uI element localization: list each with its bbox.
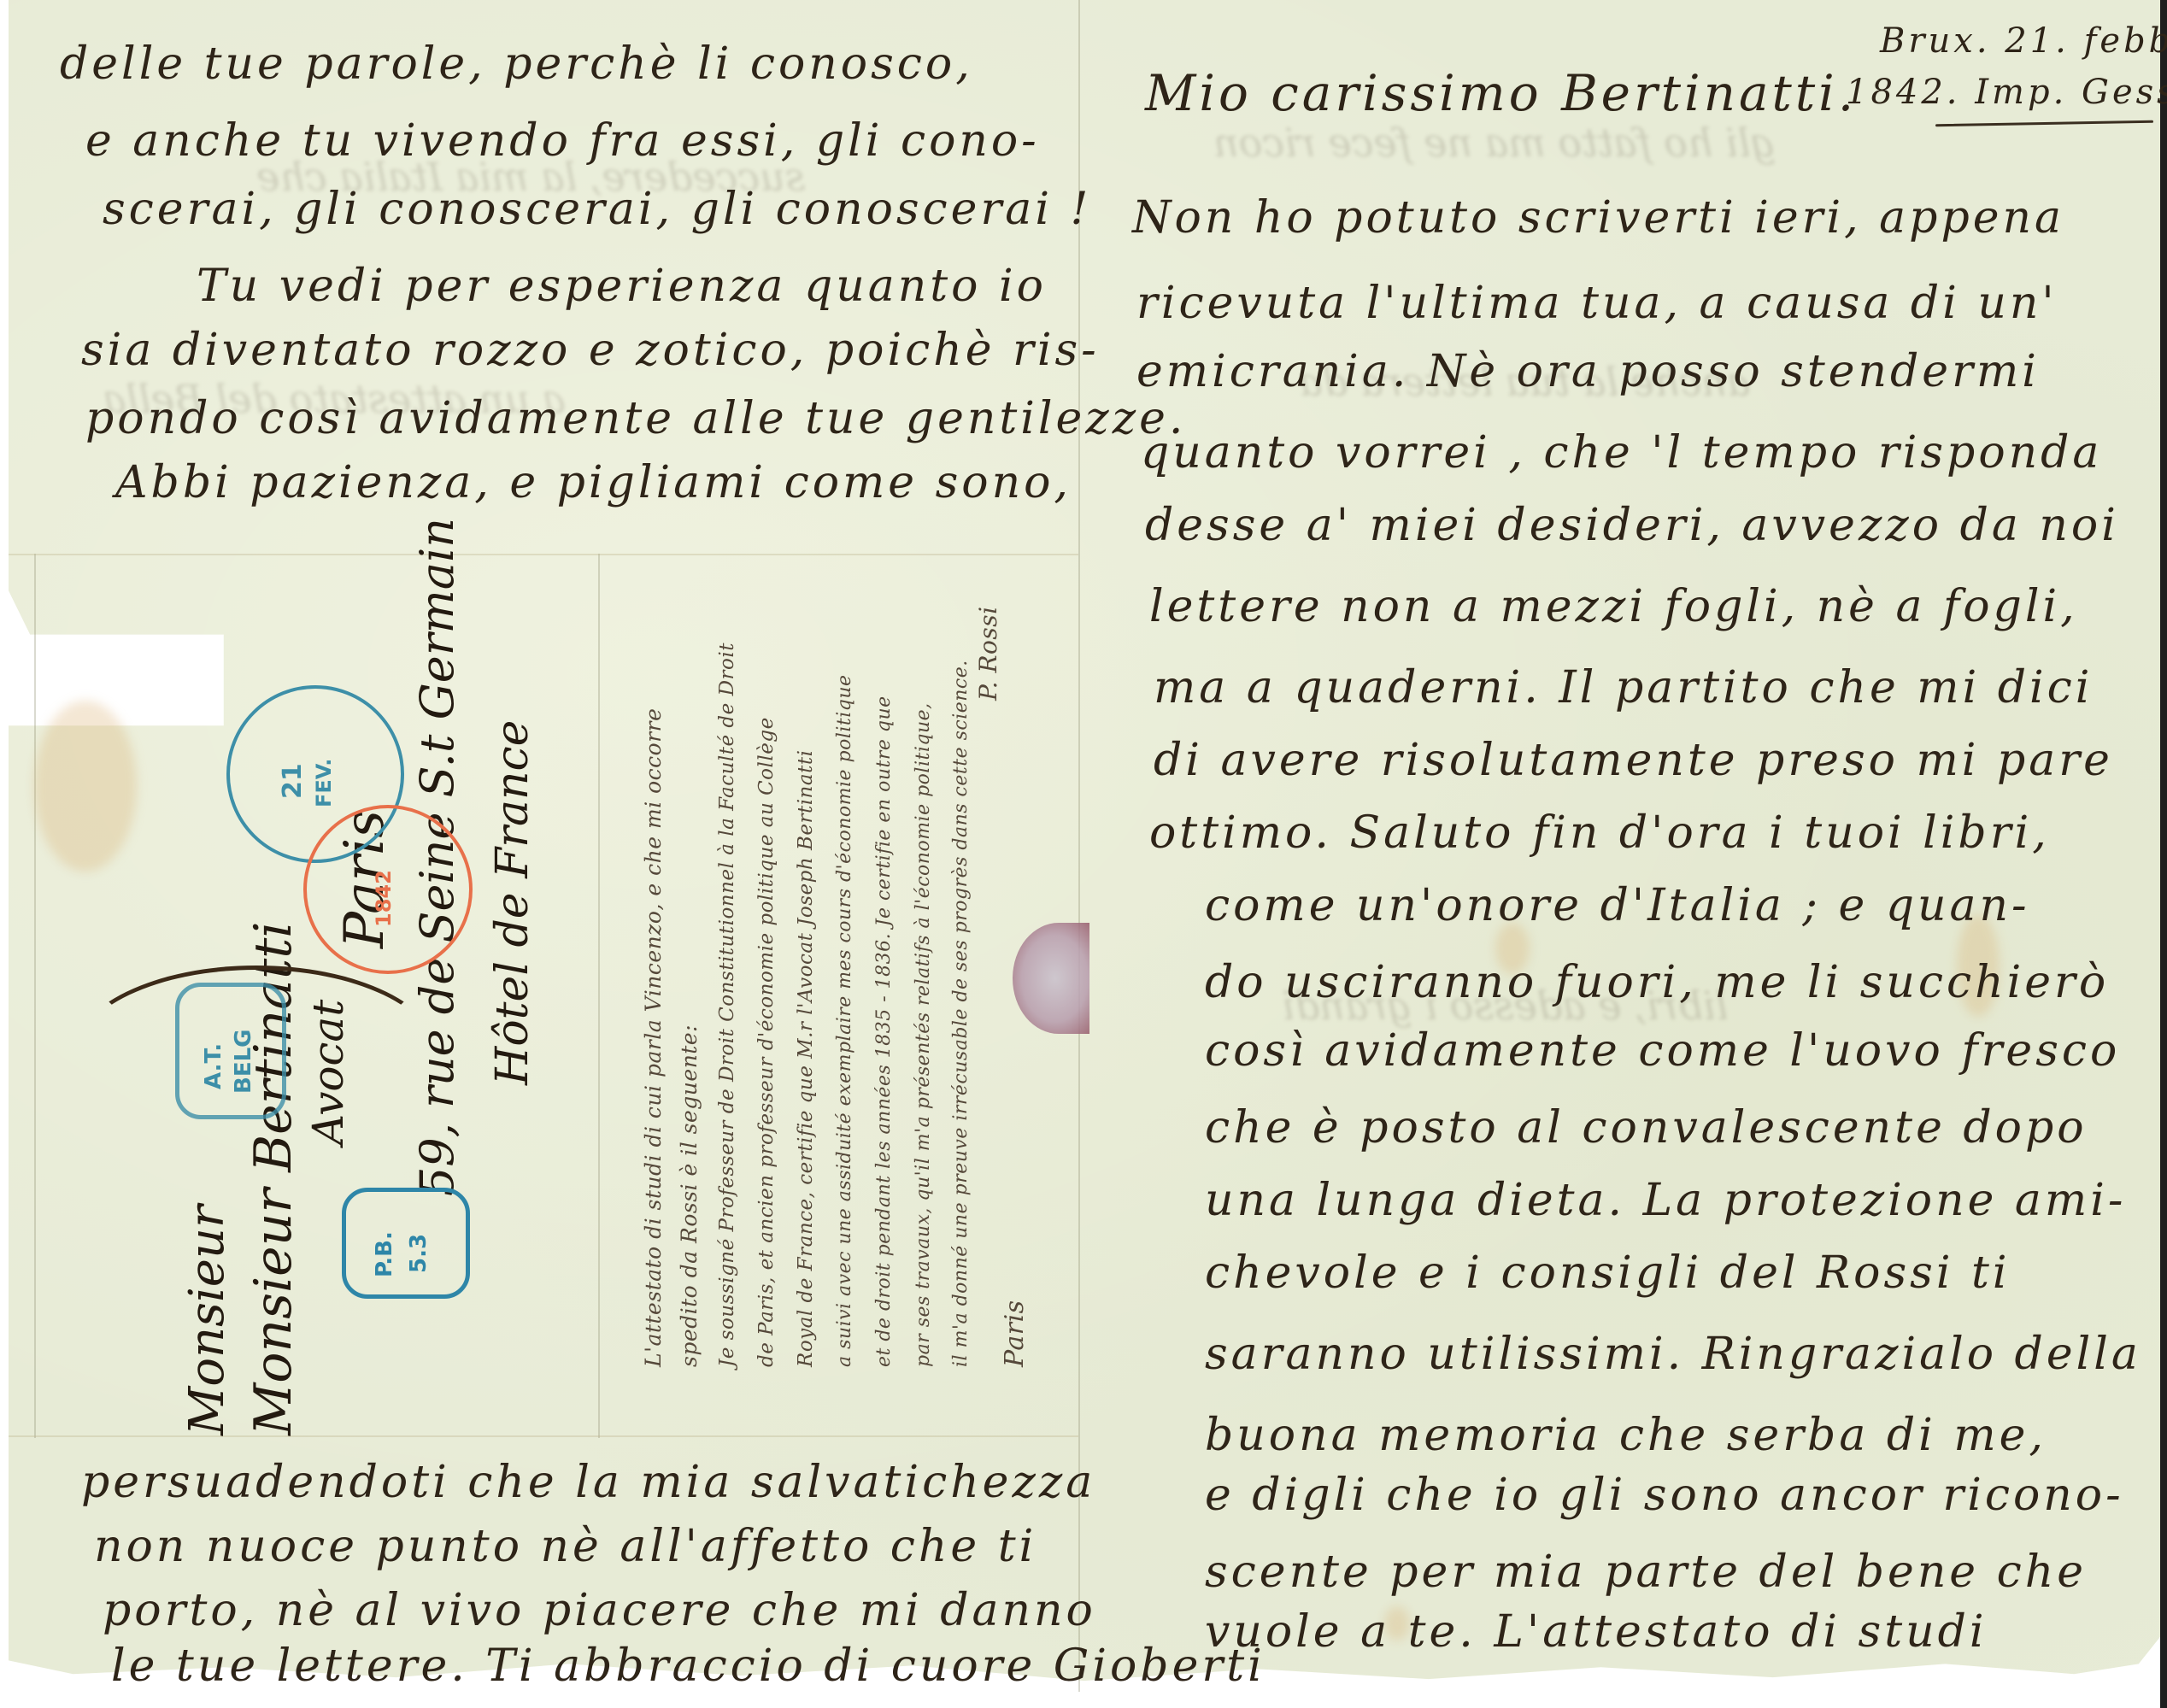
certificate-line-3: Je soussigné Professeur de Droit Constit… — [716, 643, 738, 1367]
left-line-4: Tu vedi per esperienza quanto io — [197, 261, 1047, 312]
certificate-line-6: a suivi avec une assiduité exemplaire me… — [834, 674, 855, 1367]
right-line-13: che è posto al convalescente dopo — [1205, 1102, 2088, 1153]
address-flourish — [73, 966, 440, 1145]
left-line-2: e anche tu vivendo fra essi, gli cono- — [85, 115, 1040, 167]
left-line-3: scerai, gli conoscerai, gli conoscerai ! — [103, 184, 1091, 235]
postmark-box2-text2: 5.3 — [406, 1234, 432, 1273]
left-line-1: delle tue parole, perchè li conosco, — [60, 38, 973, 90]
salutation: Mio carissimo Bertinatti. — [1145, 64, 1857, 122]
right-line-1: Non ho potuto scriverti ieri, appena — [1132, 192, 2064, 244]
certificate-signature: P. Rossi — [974, 606, 1002, 701]
certificate-block: L'attestato di studi di cui parla Vincen… — [615, 547, 1042, 1418]
certificate-line-9: il m'a donné une preuve irrécusable de s… — [950, 660, 972, 1367]
right-line-7: ma a quaderni. Il partito che mi dici — [1154, 662, 2093, 713]
right-line-5: desse a' miei desideri, avvezzo da noi — [1145, 500, 2119, 551]
certificate-line-1: L'attestato di studi di cui parla Vincen… — [641, 708, 666, 1367]
panel-fold-left — [34, 554, 36, 1438]
fold-bottom — [9, 1435, 1078, 1437]
left-line-7: Abbi pazienza, e pigliami come sono, — [115, 457, 1072, 508]
right-line-18: e digli che io gli sono ancor ricono- — [1205, 1470, 2124, 1521]
right-line-8: di avere risolutamente preso mi pare — [1154, 735, 2113, 786]
certificate-place: Paris — [1000, 1300, 1030, 1367]
right-line-15: chevole e i consigli del Rossi ti — [1205, 1247, 2011, 1299]
right-line-3: emicrania. Nè ora posso stendermi — [1136, 346, 2040, 397]
right-line-11: do usciranno fuori, me li succhierò — [1205, 957, 2109, 1008]
postmark-box2-text: P.B. — [372, 1231, 397, 1277]
panel-fold-mid — [598, 554, 600, 1438]
right-line-14: una lunga dieta. La protezione ami- — [1205, 1175, 2126, 1226]
right-line-6: lettere non a mezzi fogli, nè a fogli, — [1149, 581, 2078, 632]
address-line-1: Monsieur — [179, 1205, 235, 1435]
bleed-through-text: gli ho fatto ma ne fece ricon — [1213, 120, 1776, 166]
left-bottom-line-2: non nuoce punto nè all'affetto che ti — [94, 1521, 1037, 1572]
left-line-6: pondo così avidamente alle tue gentilezz… — [85, 393, 1186, 444]
right-line-12: così avidamente come l'uovo fresco — [1205, 1025, 2120, 1077]
right-line-16: saranno utilissimi. Ringrazialo della — [1205, 1329, 2141, 1380]
dateline-2: 1842. Imp. Gessi.. — [1846, 73, 2167, 112]
left-line-5: sia diventato rozzo e zotico, poichè ris… — [81, 325, 1100, 376]
certificate-line-4: de Paris, et ancien professeur d'économi… — [755, 717, 778, 1367]
postmark-blue-month: FEV. — [312, 759, 336, 807]
right-line-4: quanto vorrei , che 'l tempo risponda — [1141, 427, 2102, 478]
right-line-10: come un'onore d'Italia ; e quan- — [1205, 880, 2030, 931]
left-bottom-line-1: persuadendoti che la mia salvatichezza — [81, 1457, 1095, 1508]
dateline-1: Brux. 21. febb. — [1880, 21, 2167, 61]
left-bottom-line-4: le tue lettere. Ti abbraccio di cuore Gi… — [111, 1641, 1266, 1692]
right-line-19: scente per mia parte del bene che — [1205, 1547, 2087, 1598]
certificate-line-2: spedito da Rossi è il seguente: — [677, 1024, 702, 1367]
certificate-line-8: par ses travaux, qu'il m'a présentés rel… — [913, 702, 934, 1367]
certificate-line-7: et de droit pendant les années 1835 - 18… — [873, 696, 895, 1367]
right-line-2: ricevuta l'ultima tua, a causa di un' — [1136, 278, 2058, 329]
right-line-20: vuole a te. L'attestato di studi — [1205, 1606, 1988, 1658]
center-fold — [1078, 0, 1080, 1692]
address-line-6: Hôtel de France — [487, 720, 538, 1085]
address-panel: Monsieur Monsieur Bertinatti Avocat Pari… — [162, 555, 573, 1435]
scan-edge — [2160, 0, 2167, 1708]
right-line-17: buona memoria che serba di me, — [1205, 1410, 2047, 1461]
certificate-line-5: Royal de France, certifie que M.r l'Avoc… — [795, 750, 817, 1367]
postmark-blue-date: 21 — [278, 763, 308, 799]
stain — [34, 701, 137, 872]
postmark-red-year: 1842 — [372, 870, 396, 927]
right-line-9: ottimo. Saluto fin d'ora i tuoi libri, — [1149, 807, 2050, 859]
left-bottom-line-3: porto, nè al vivo piacere che mi danno — [103, 1585, 1096, 1636]
